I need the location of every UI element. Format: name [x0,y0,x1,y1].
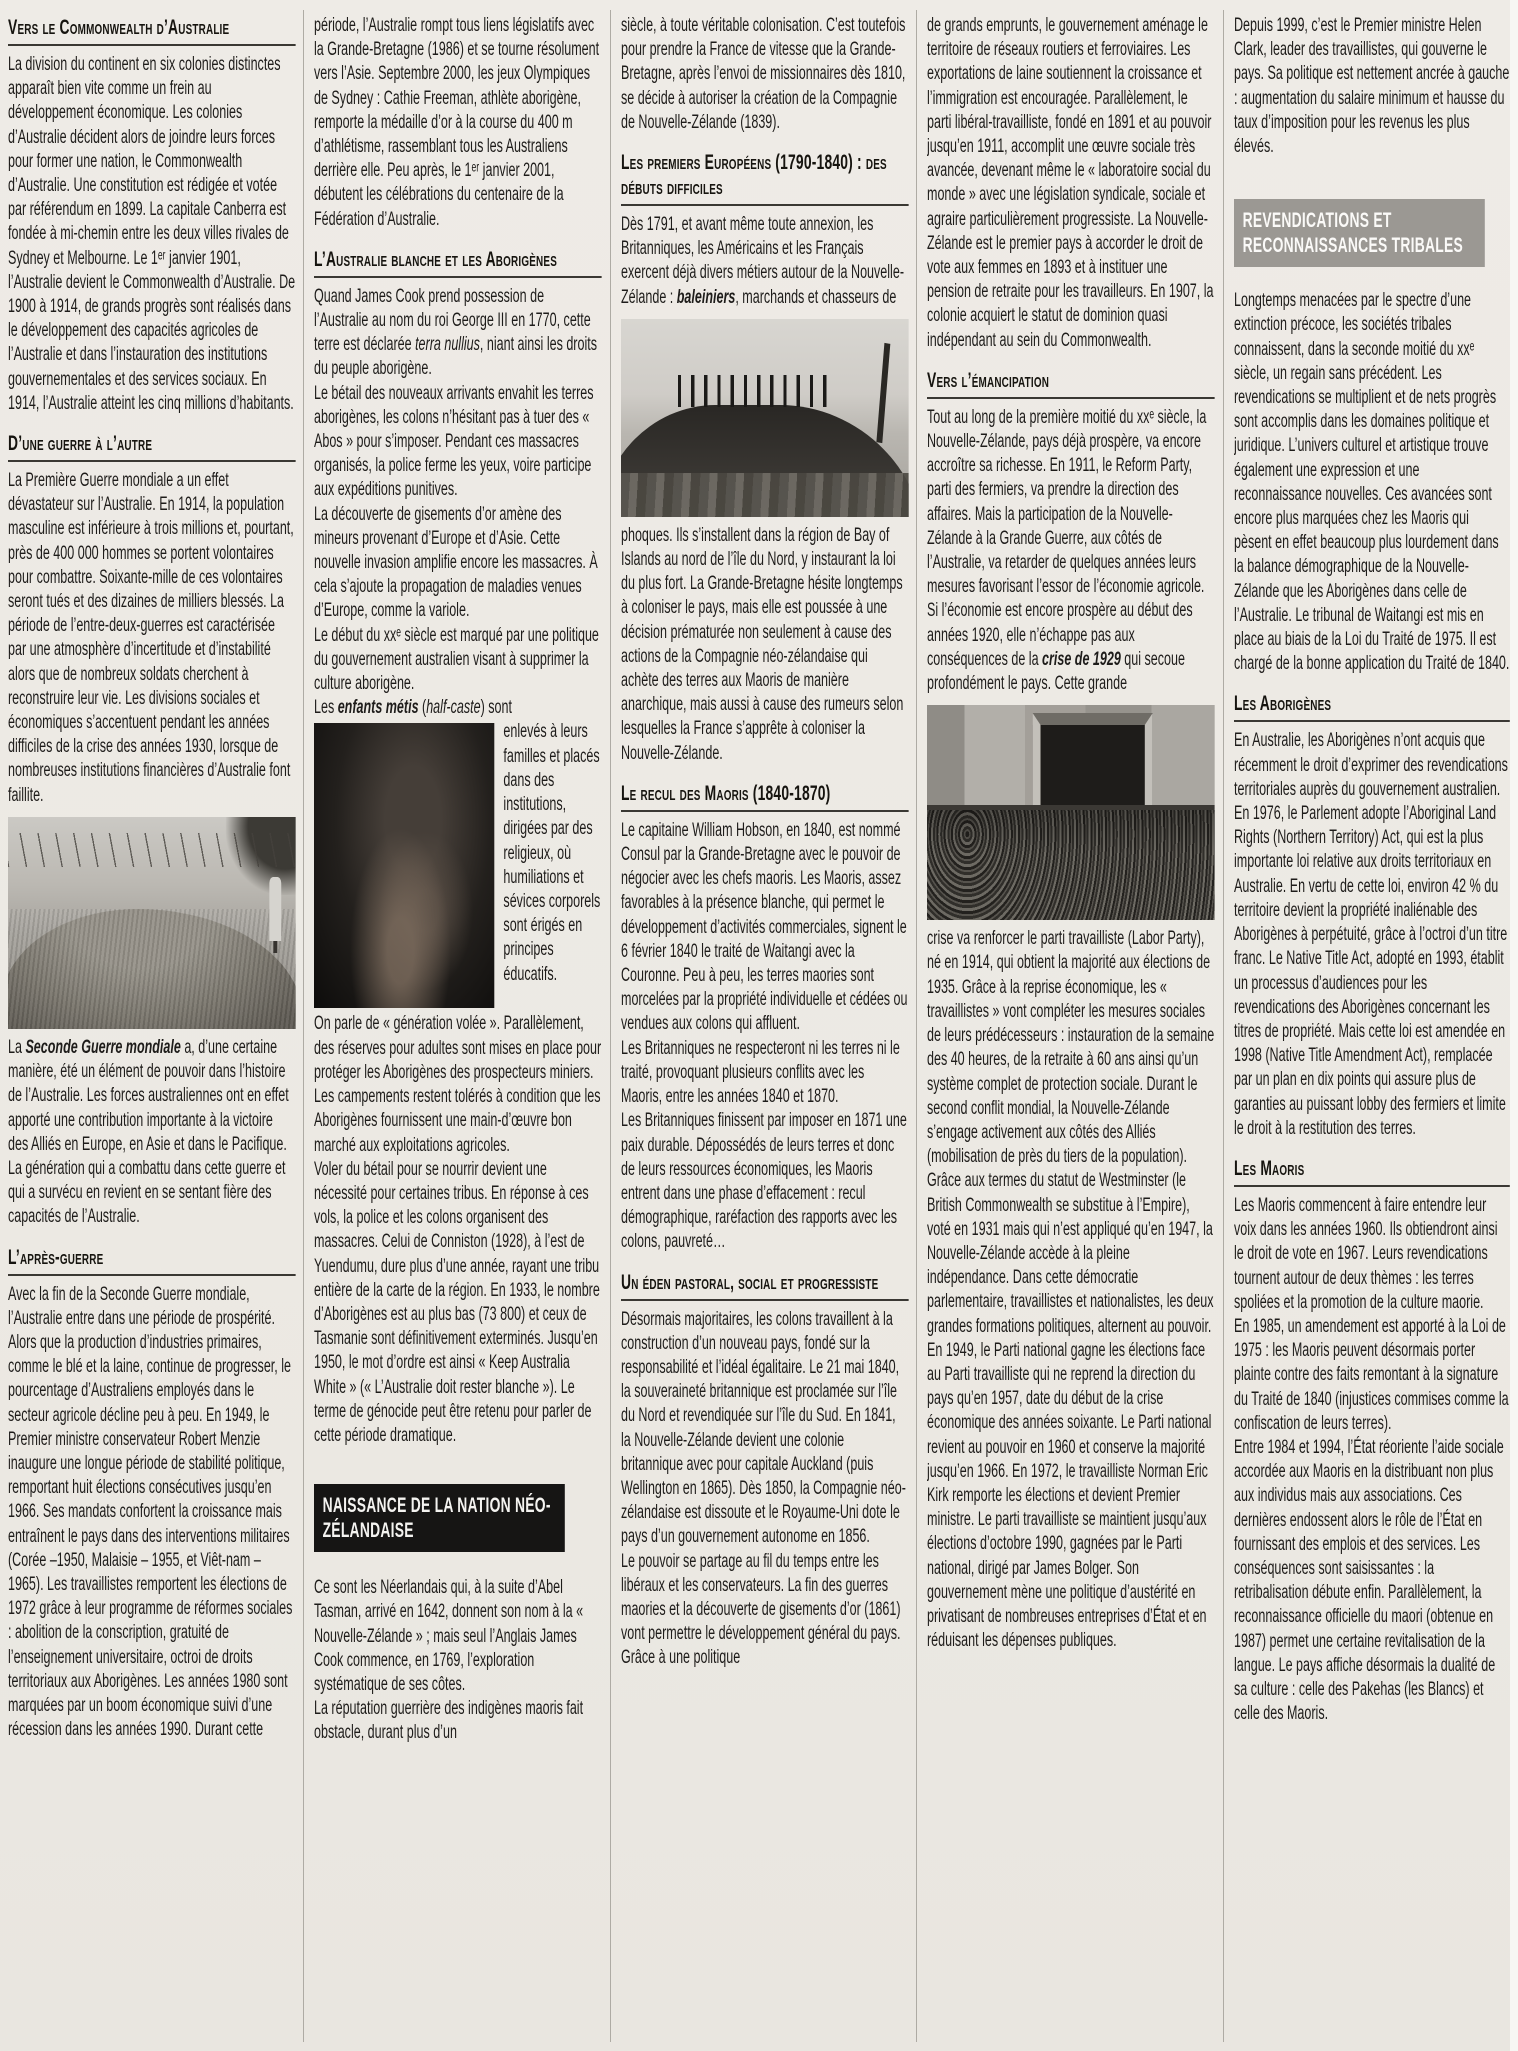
paragraph: On parle de « génération volée ». Parall… [314,1012,602,1157]
paragraph: de grands emprunts, le gouvernement amén… [927,14,1215,353]
page-edge [1510,0,1518,2051]
italic-run: terra nullius [415,334,480,355]
bold-italic-run: baleiniers [677,287,736,308]
text-run: Tout au long de la première moitié du xx… [927,407,1206,670]
text-run: a, d’une certaine manière, été un élémen… [8,1037,289,1227]
section-heading-dune-guerre-a-lautre: D’une guerre à l’autre [8,431,296,462]
text-run: , marchands et chasseurs de [735,287,896,308]
text-run: Les [314,697,338,718]
column-5: Depuis 1999, c’est le Premier ministre H… [1234,14,1510,2048]
photo-crowd-depression-1929 [927,705,1215,920]
paragraph: Les Maoris commencent à faire entendre l… [1234,1194,1510,1315]
chapter-box-naissance-nation-neo-zelandaise: NAISSANCE DE LA NATION NÉO-ZÉLANDAISE [314,1484,565,1552]
section-heading-recul-des-maoris: Le recul des Maoris (1840-1870) [621,781,909,812]
paragraph: La division du continent en six colonies… [8,53,296,416]
paragraph: La Première Guerre mondiale a un effet d… [8,469,296,808]
paragraph: période, l’Australie rompt tous liens lé… [314,14,602,232]
section-heading-australie-blanche: L’Australie blanche et les Aborigènes [314,247,602,278]
paragraph: Quand James Cook prend possession de l’A… [314,285,602,382]
photo-foreground-rocks [621,473,909,517]
paragraph: En Australie, les Aborigènes n’ont acqui… [1234,729,1510,1140]
column-3: siècle, à toute véritable colonisation. … [621,14,909,2048]
section-heading-vers-le-commonwealth: Vers le Commonwealth d’Australie [8,15,296,46]
paragraph: Ce sont les Néerlandais qui, à la suite … [314,1576,602,1697]
column-1: Vers le Commonwealth d’Australie La divi… [8,14,296,2048]
paragraph: crise va renforcer le parti travailliste… [927,927,1215,1653]
italic-run: half-caste [426,697,480,718]
photo-soldiers-marching [8,817,296,1029]
text-run: enlevés à leurs familles et placés dans … [503,721,600,984]
paragraph: La Seconde Guerre mondiale a, d’une cert… [8,1036,296,1230]
photo-men-standing-on-whale [621,319,909,517]
paragraph: phoques. Ils s’installent dans la région… [621,524,909,766]
paragraph: siècle, à toute véritable colonisation. … [621,14,909,135]
photo-mast [876,343,890,443]
photo-silhouette-figures [678,375,830,407]
photo-aboriginal-man-portrait [314,723,494,1008]
paragraph: La découverte de gisements d’or amène de… [314,503,602,624]
text-run: ) sont [481,697,512,718]
section-heading-eden-pastoral: Un éden pastoral, social et progressiste [621,1270,909,1301]
bold-italic-run: crise de 1929 [1042,649,1121,670]
paragraph: Désormais majoritaires, les colons trava… [621,1308,909,1550]
column-divider [303,10,304,2042]
paragraph: Dès 1791, et avant même toute annexion, … [621,213,909,310]
section-heading-lapres-guerre: L’après-guerre [8,1245,296,1276]
text-run: ( [419,697,427,718]
section-heading-les-aborigenes: Les Aborigènes [1234,691,1510,722]
paragraph: Les Britanniques finissent par imposer e… [621,1109,909,1254]
paragraph: Depuis 1999, c’est le Premier ministre H… [1234,14,1510,159]
section-heading-premiers-europeens: Les premiers Européens (1790-1840) : des… [621,150,909,206]
paragraph: Voler du bétail pour se nourrir devient … [314,1158,602,1448]
bold-italic-run: Seconde Guerre mondiale [25,1037,180,1058]
text-run: La [8,1037,25,1058]
photo-dense-crowd [927,810,1215,920]
section-heading-vers-lemancipation: Vers l’émancipation [927,368,1215,399]
paragraph: En 1985, un amendement est apporté à la … [1234,1315,1510,1436]
paragraph-with-photo: enlevés à leurs familles et placés dans … [314,720,602,986]
photo-haystack [8,909,296,1029]
column-2: période, l’Australie rompt tous liens lé… [314,14,602,2048]
paragraph: Le début du xxᵉ siècle est marqué par un… [314,624,602,697]
bold-italic-run: enfants métis [338,697,419,718]
paragraph: Les enfants métis (half-caste) sont [314,696,602,720]
column-4: de grands emprunts, le gouvernement amén… [927,14,1215,2048]
paragraph: Les Britanniques ne respecteront ni les … [621,1037,909,1110]
section-heading-les-maoris: Les Maoris [1234,1156,1510,1187]
paragraph: Tout au long de la première moitié du xx… [927,406,1215,696]
paragraph: La réputation guerrière des indigènes ma… [314,1697,602,1745]
paragraph: Entre 1984 et 1994, l’État réoriente l’a… [1234,1436,1510,1726]
paragraph: Le bétail des nouveaux arrivants envahit… [314,382,602,503]
paragraph: Avec la fin de la Seconde Guerre mondial… [8,1283,296,1743]
encyclopedia-page: Vers le Commonwealth d’Australie La divi… [0,0,1518,2051]
column-divider [1223,10,1224,2042]
paragraph: Le pouvoir se partage au fil du temps en… [621,1550,909,1671]
column-divider [610,10,611,2042]
photo-standing-figure [269,877,281,941]
paragraph: Le capitaine William Hobson, en 1840, es… [621,819,909,1037]
chapter-box-revendications-tribales: REVENDICATIONS ET RECONNAISSANCES TRIBAL… [1234,199,1485,267]
paragraph: Longtemps menacées par le spectre d’une … [1234,289,1510,676]
column-divider [916,10,917,2042]
